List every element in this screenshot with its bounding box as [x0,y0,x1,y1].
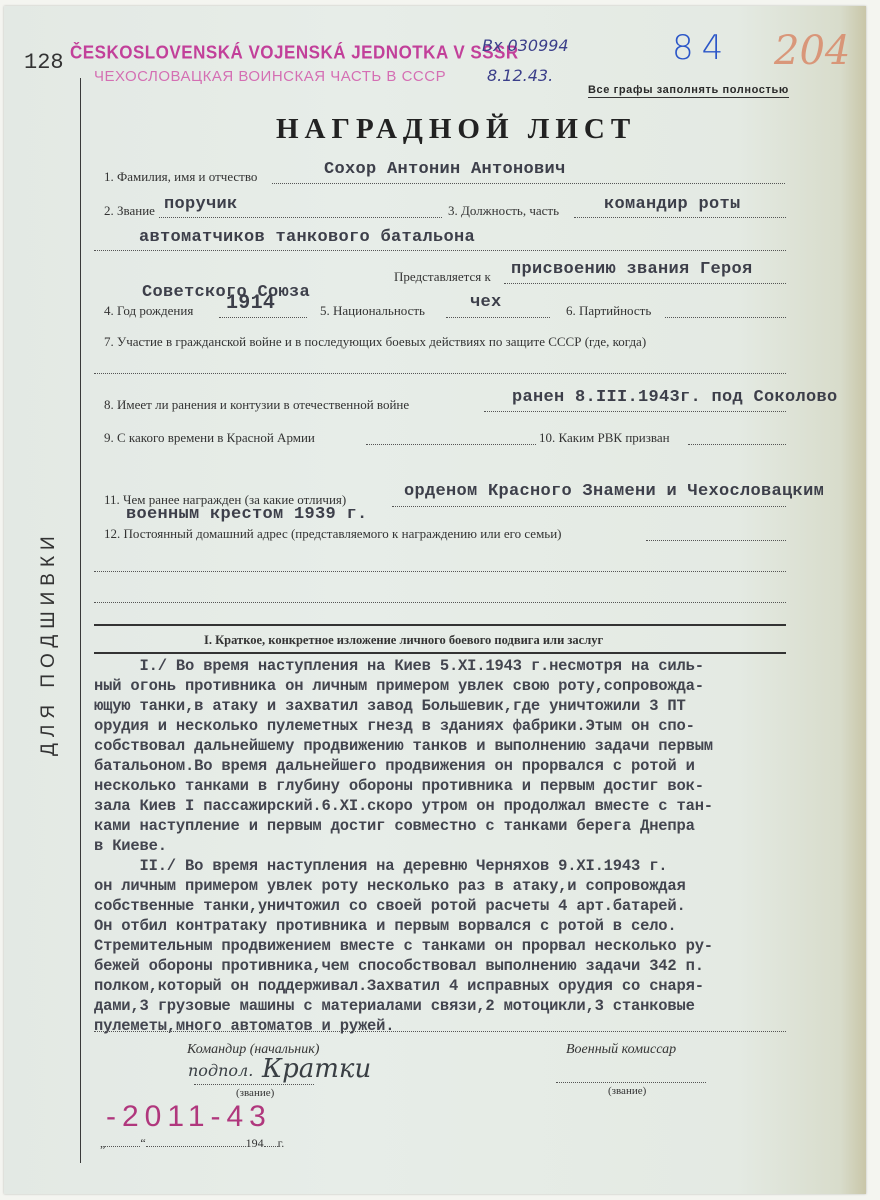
feat-line: он личным примером увлек роту несколько … [94,876,874,896]
date-quote-open: „ [100,1136,105,1150]
field-5-line [446,317,550,318]
field-2-line [159,217,442,218]
field-12-line [646,540,786,541]
registration-stamp: -2011-43 [106,1100,272,1134]
field-10-label: 10. Каким РВК призван [539,430,670,446]
commissar-rank-caption: (звание) [608,1085,646,1097]
field-5-value: чех [470,293,502,312]
section-bottom-line [94,1031,786,1032]
field-11-value-line2: военным крестом 1939 г. [126,505,368,524]
feat-line: полком,который он поддерживал.Захватил 4… [94,976,874,996]
feat-line: II./ Во время наступления на деревню Чер… [94,856,874,876]
field-6-line [665,317,786,318]
field-8-label: 8. Имеет ли ранения и контузии в отечест… [104,397,409,413]
date-year-suffix: г. [278,1136,285,1150]
feat-line: пулеметы,много автоматов и ружей. [94,1016,874,1036]
section-top-rule [94,624,786,626]
feat-line: собственные танки,уничтожил со своей рот… [94,896,874,916]
field-12-label: 12. Постоянный домашний адрес (представл… [104,526,562,542]
feat-line: I./ Во время наступления на Киев 5.XI.19… [94,656,874,676]
feat-line: ющую танки,в атаку и захватил завод Боль… [94,696,874,716]
feat-line: собствовал дальнейшему продвижению танко… [94,736,874,756]
field-11-line [392,506,786,507]
nominated-for-value-line1: присвоению звания Героя [511,260,753,279]
field-3-value-line2: автоматчиков танкового батальона [139,228,475,247]
binding-margin-line [80,78,81,1163]
nominated-for-line [504,283,786,284]
field-3-label: 3. Должность, часть [448,203,559,219]
commander-rank-caption: (звание) [236,1087,274,1099]
feat-line: бежей обороны противника,чем способствов… [94,956,874,976]
feat-description: I./ Во время наступления на Киев 5.XI.19… [94,656,874,1036]
field-1-value: Сохор Антонин Антонович [324,160,566,179]
unit-stamp-czech: ČESKOSLOVENSKÁ VOJENSKÁ JEDNOTKA V SSSR [70,42,519,64]
commander-signature: Кратки [262,1054,371,1084]
date-year-prefix: 194 [246,1136,264,1150]
sheet-number: 128 [24,50,64,75]
commander-rank-line [194,1084,314,1085]
document-title: НАГРАДНОЙ ЛИСТ [276,113,636,146]
feat-line: батальоном.Во время дальнейшего продвиже… [94,756,874,776]
fill-instruction-note: Все графы заполнять полностью [588,84,789,98]
field-3-line-2 [94,250,786,251]
field-3-value-line1: командир роты [604,195,741,214]
feat-line: ками наступление и первым достиг совмест… [94,816,874,836]
nominated-for-label: Представляется к [394,269,491,285]
field-9-label: 9. С какого времени в Красной Армии [104,430,315,446]
field-8-value: ранен 8.III.1943г. под Соколово [512,388,838,407]
commander-rank-handwritten: подпол. [188,1061,253,1080]
section-heading: I. Краткое, конкретное изложение личного… [204,633,603,648]
field-5-label: 5. Национальность [320,303,425,319]
commissar-label: Военный комиссар [566,1042,676,1058]
archive-number-blue: 84 [672,28,731,68]
field-1-line [272,183,785,184]
field-6-label: 6. Партийность [566,303,651,319]
date-quote-close: “ [140,1136,145,1150]
field-4-line [219,317,307,318]
field-8-line [484,411,786,412]
archive-number-red: 204 [774,28,850,74]
feat-line: зала Киев I пассажирский.6.XI.скоро утро… [94,796,874,816]
feat-line: ный огонь противника он личным примером … [94,676,874,696]
unit-stamp-russian: ЧЕХОСЛОВАЦКАЯ ВОИНСКАЯ ЧАСТЬ В СССР [94,68,446,85]
section-heading-rule [94,652,786,654]
field-4-label: 4. Год рождения [104,303,193,319]
field-3-line [574,217,786,218]
field-12-line-2 [94,571,786,572]
award-sheet-paper: ДЛЯ ПОДШИВКИ 128 ČESKOSLOVENSKÁ VOJENSKÁ… [4,6,866,1194]
feat-line: несколько танками в глубину обороны прот… [94,776,874,796]
field-7-label: 7. Участие в гражданской войне и в после… [104,334,646,350]
feat-line: орудия и несколько пулеметных гнезд в зд… [94,716,874,736]
field-7-line [94,373,786,374]
feat-line: дами,3 грузовые машины с материалами свя… [94,996,874,1016]
feat-line: Он отбил контратаку противника и первым … [94,916,874,936]
field-1-label: 1. Фамилия, имя и отчество [104,169,257,185]
field-2-value: поручик [164,195,238,214]
feat-line: Стремительным продвижением вместе с танк… [94,936,874,956]
incoming-number: Вх 030994 [482,36,569,55]
field-9-line [366,444,536,445]
binding-margin-label: ДЛЯ ПОДШИВКИ [38,530,60,756]
feat-line: в Киеве. [94,836,874,856]
field-10-line [688,444,786,445]
incoming-date: 8.12.43. [487,66,553,85]
date-line: „“194г. [100,1136,284,1151]
commissar-rank-line [556,1082,706,1083]
field-4-value: 1914 [226,292,275,315]
field-11-value-line1: орденом Красного Знамени и Чехословацким [404,482,824,501]
field-12-line-3 [94,602,786,603]
field-2-label: 2. Звание [104,203,155,219]
